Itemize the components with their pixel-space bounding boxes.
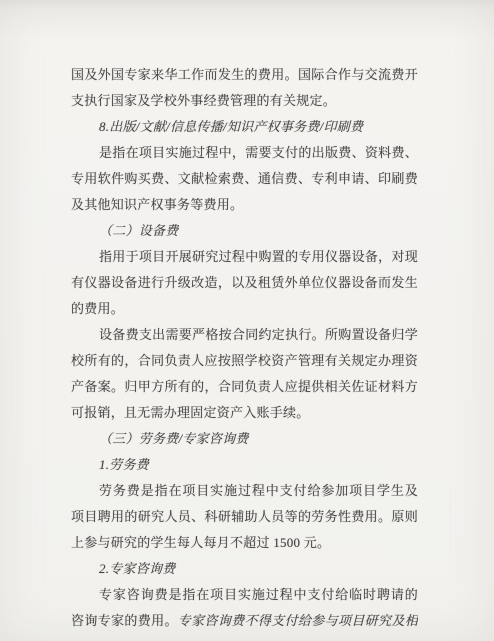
doc-line-text: 劳务费是指在项目实施过程中支付给参加项目学生及 [99, 483, 418, 498]
doc-line: 咨询专家的费用。专家咨询费不得支付给参与项目研究及相 [71, 608, 418, 634]
doc-line-text: 指用于项目开展研究过程中购置的专用仪器设备，对现 [99, 249, 418, 264]
doc-line-text: 有仪器设备进行升级改造，以及租赁外单位仪器设备而发生 [71, 275, 418, 290]
doc-line-text: 支执行国家及学校外事经费管理的有关规定。 [71, 93, 336, 108]
doc-line: 的费用。 [71, 296, 418, 322]
section-heading-equipment: （二）设备费 [71, 218, 418, 244]
doc-line-text: 8.出版/文献/信息传播/知识产权事务费/印刷费 [99, 119, 363, 134]
doc-line-text: 项目聘用的研究人员、科研辅助人员等的劳务性费用。原则 [71, 509, 418, 524]
doc-line-text: 校所有的，合同负责人应按照学校资产管理有关规定办理资 [71, 353, 418, 368]
section-heading-publish: 8.出版/文献/信息传播/知识产权事务费/印刷费 [71, 114, 418, 140]
doc-line-text: 产备案。归甲方所有的，合同负责人应提供相关佐证材料方 [71, 379, 418, 394]
doc-line: 专家咨询费是指在项目实施过程中支付给临时聘请的 [71, 582, 418, 608]
doc-line: 项目聘用的研究人员、科研辅助人员等的劳务性费用。原则 [71, 504, 418, 530]
doc-line: 产备案。归甲方所有的，合同负责人应提供相关佐证材料方 [71, 374, 418, 400]
subheading-expert-fee: 2.专家咨询费 [71, 556, 418, 582]
doc-line: 指用于项目开展研究过程中购置的专用仪器设备，对现 [71, 244, 418, 270]
doc-line: 劳务费是指在项目实施过程中支付给参加项目学生及 [71, 478, 418, 504]
doc-line: 专用软件购买费、文献检索费、通信费、专利申请、印刷费 [71, 166, 418, 192]
subheading-labor-fee: 1.劳务费 [71, 452, 418, 478]
doc-line-text: （三）劳务费/专家咨询费 [99, 431, 249, 446]
doc-line-text: 1.劳务费 [99, 457, 149, 472]
doc-line-text: 国及外国专家来华工作而发生的费用。国际合作与交流费开 [71, 67, 418, 82]
section-heading-labor: （三）劳务费/专家咨询费 [71, 426, 418, 452]
doc-line: 设备费支出需要严格按合同约定执行。所购置设备归学 [71, 322, 418, 348]
doc-line-text: 咨询专家的费用。 [71, 613, 178, 628]
doc-line: 是指在项目实施过程中，需要支付的出版费、资料费、 [71, 140, 418, 166]
doc-line: 国及外国专家来华工作而发生的费用。国际合作与交流费开 [71, 62, 418, 88]
doc-line: 可报销，且无需办理固定资产入账手续。 [71, 400, 418, 426]
doc-line: 及其他知识产权事务等费用。 [71, 192, 418, 218]
doc-line-text: 是指在项目实施过程中，需要支付的出版费、资料费、 [99, 145, 418, 160]
doc-line-text: 2.专家咨询费 [99, 561, 176, 576]
doc-line: 有仪器设备进行升级改造，以及租赁外单位仪器设备而发生 [71, 270, 418, 296]
doc-line-text: 及其他知识产权事务等费用。 [71, 197, 243, 212]
doc-line-text: 专用软件购买费、文献检索费、通信费、专利申请、印刷费 [71, 171, 418, 186]
doc-line: 上参与研究的学生每人每月不超过 1500 元。 [71, 530, 418, 556]
doc-line-text: 的费用。 [71, 301, 124, 316]
document-text-block: 国及外国专家来华工作而发生的费用。国际合作与交流费开 支执行国家及学校外事经费管… [71, 62, 418, 634]
doc-line-text: 上参与研究的学生每人每月不超过 1500 元。 [71, 535, 330, 550]
doc-line: 支执行国家及学校外事经费管理的有关规定。 [71, 88, 418, 114]
doc-line: 校所有的，合同负责人应按照学校资产管理有关规定办理资 [71, 348, 418, 374]
doc-line-emphasis-text: 专家咨询费不得支付给参与项目研究及相 [178, 613, 418, 628]
doc-line-text: 设备费支出需要严格按合同约定执行。所购置设备归学 [99, 327, 418, 342]
doc-line-text: 专家咨询费是指在项目实施过程中支付给临时聘请的 [99, 587, 418, 602]
doc-line-text: （二）设备费 [99, 223, 179, 238]
scanned-document-page: 国及外国专家来华工作而发生的费用。国际合作与交流费开 支执行国家及学校外事经费管… [0, 0, 494, 641]
doc-line-text: 可报销，且无需办理固定资产入账手续。 [71, 405, 310, 420]
